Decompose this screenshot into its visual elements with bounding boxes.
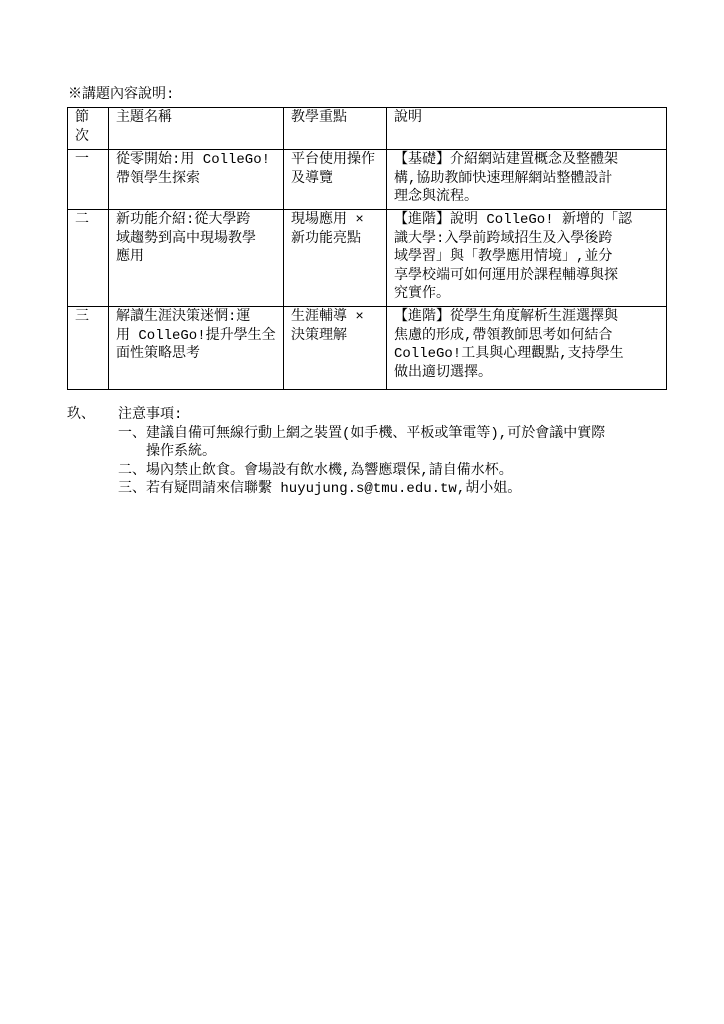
note-item-2: 二、 場內禁止飲食。會場設有飲水機,為響應環保,請自備水杯。: [67, 462, 667, 480]
note-item-text: 建議自備可無線行動上網之裝置(如手機、平板或筆電等),可於會議中實際 操作系統。: [146, 425, 605, 462]
focus-cell: 生涯輔導 × 決策理解: [284, 307, 387, 390]
description-cell: 【進階】說明 ColleGo! 新增的「認 識大學:入學前跨域招生及入學後跨 域…: [387, 210, 667, 307]
agenda-table: 節次 主題名稱 教學重點 說明 一 從零開始:用 ColleGo! 帶領學生探索…: [67, 107, 667, 390]
document-page: ※講題內容說明: 節次 主題名稱 教學重點 說明 一 從零開始:用 ColleG…: [0, 0, 724, 1024]
focus-cell: 平台使用操作 及導覽: [284, 150, 387, 210]
session-cell: 一: [68, 150, 109, 210]
topic-cell: 解讀生涯決策迷惘:運 用 ColleGo!提升學生全 面性策略思考: [109, 307, 284, 390]
notes-section-number: 玖、: [67, 406, 118, 424]
table-header-row: 節次 主題名稱 教學重點 說明: [68, 108, 667, 150]
table-row: 三 解讀生涯決策迷惘:運 用 ColleGo!提升學生全 面性策略思考 生涯輔導…: [68, 307, 667, 390]
note-item-text: 場內禁止飲食。會場設有飲水機,為響應環保,請自備水杯。: [146, 462, 513, 480]
topic-cell: 從零開始:用 ColleGo! 帶領學生探索: [109, 150, 284, 210]
topic-cell: 新功能介紹:從大學跨 域趨勢到高中現場教學 應用: [109, 210, 284, 307]
table-section-heading: ※講題內容說明:: [68, 86, 667, 104]
notes-header: 玖、 注意事項:: [67, 406, 667, 424]
description-cell: 【基礎】介紹網站建置概念及整體架 構,協助教師快速理解網站整體設計 理念與流程。: [387, 150, 667, 210]
note-item-text: 若有疑問請來信聯繫 huyujung.s@tmu.edu.tw,胡小姐。: [146, 480, 521, 498]
session-cell: 二: [68, 210, 109, 307]
notes-section: 玖、 注意事項: 一、 建議自備可無線行動上網之裝置(如手機、平板或筆電等),可…: [67, 406, 667, 498]
notes-section-title: 注意事項:: [118, 406, 182, 424]
note-item-3: 三、 若有疑問請來信聯繫 huyujung.s@tmu.edu.tw,胡小姐。: [67, 480, 667, 498]
description-cell: 【進階】從學生角度解析生涯選擇與 焦慮的形成,帶領教師思考如何結合 ColleG…: [387, 307, 667, 390]
note-item-label: 三、: [118, 480, 146, 498]
table-row: 二 新功能介紹:從大學跨 域趨勢到高中現場教學 應用 現場應用 × 新功能亮點 …: [68, 210, 667, 307]
note-item-label: 一、: [118, 425, 146, 462]
col-header-topic: 主題名稱: [109, 108, 284, 150]
session-cell: 三: [68, 307, 109, 390]
note-item-1: 一、 建議自備可無線行動上網之裝置(如手機、平板或筆電等),可於會議中實際 操作…: [67, 425, 667, 462]
table-row: 一 從零開始:用 ColleGo! 帶領學生探索 平台使用操作 及導覽 【基礎】…: [68, 150, 667, 210]
note-item-label: 二、: [118, 462, 146, 480]
col-header-session: 節次: [68, 108, 109, 150]
focus-cell: 現場應用 × 新功能亮點: [284, 210, 387, 307]
col-header-description: 說明: [387, 108, 667, 150]
col-header-focus: 教學重點: [284, 108, 387, 150]
